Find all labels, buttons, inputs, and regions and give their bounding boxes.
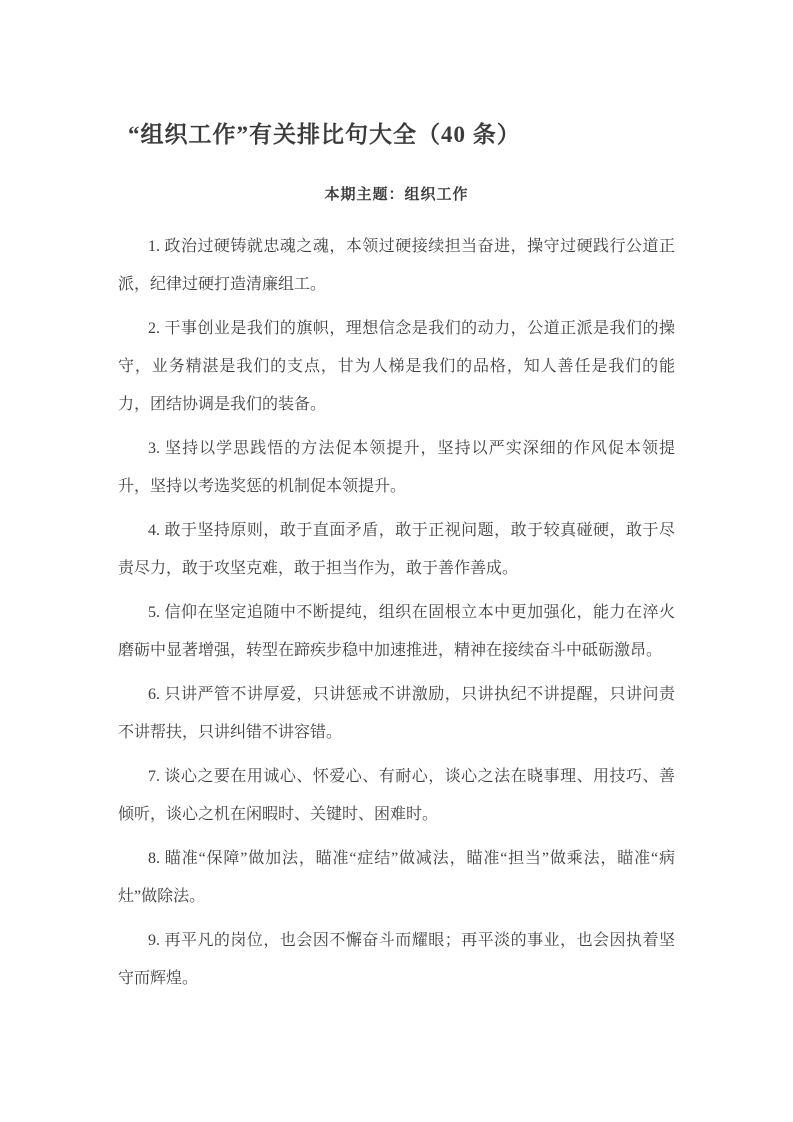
- paragraph-4: 4. 敢于坚持原则，敢于直面矛盾，敢于正视问题，敢于较真碰硬，敢于尽责尽力，敢于…: [118, 512, 675, 588]
- paragraph-9: 9. 再平凡的岗位，也会因不懈奋斗而耀眼；再平淡的事业，也会因执着坚守而辉煌。: [118, 922, 675, 998]
- document-title: “组织工作”有关排比句大全（40 条）: [118, 118, 675, 152]
- paragraph-8: 8. 瞄准“保障”做加法，瞄准“症结”做减法，瞄准“担当”做乘法，瞄准“病灶”做…: [118, 840, 675, 916]
- document-subtitle: 本期主题：组织工作: [118, 185, 675, 205]
- paragraph-7: 7. 谈心之要在用诚心、怀爱心、有耐心，谈心之法在晓事理、用技巧、善倾听，谈心之…: [118, 758, 675, 834]
- paragraph-5: 5. 信仰在坚定追随中不断提纯，组织在固根立本中更加强化，能力在淬火磨砺中显著增…: [118, 594, 675, 670]
- paragraph-6: 6. 只讲严管不讲厚爱，只讲惩戒不讲激励，只讲执纪不讲提醒，只讲问责不讲帮扶，只…: [118, 676, 675, 752]
- document-page: “组织工作”有关排比句大全（40 条） 本期主题：组织工作 1. 政治过硬铸就忠…: [0, 0, 793, 1122]
- paragraph-2: 2. 干事创业是我们的旗帜，理想信念是我们的动力，公道正派是我们的操守，业务精湛…: [118, 310, 675, 424]
- paragraph-1: 1. 政治过硬铸就忠魂之魂，本领过硬接续担当奋进，操守过硬践行公道正派，纪律过硬…: [118, 228, 675, 304]
- paragraph-3: 3. 坚持以学思践悟的方法促本领提升，坚持以严实深细的作风促本领提升，坚持以考选…: [118, 430, 675, 506]
